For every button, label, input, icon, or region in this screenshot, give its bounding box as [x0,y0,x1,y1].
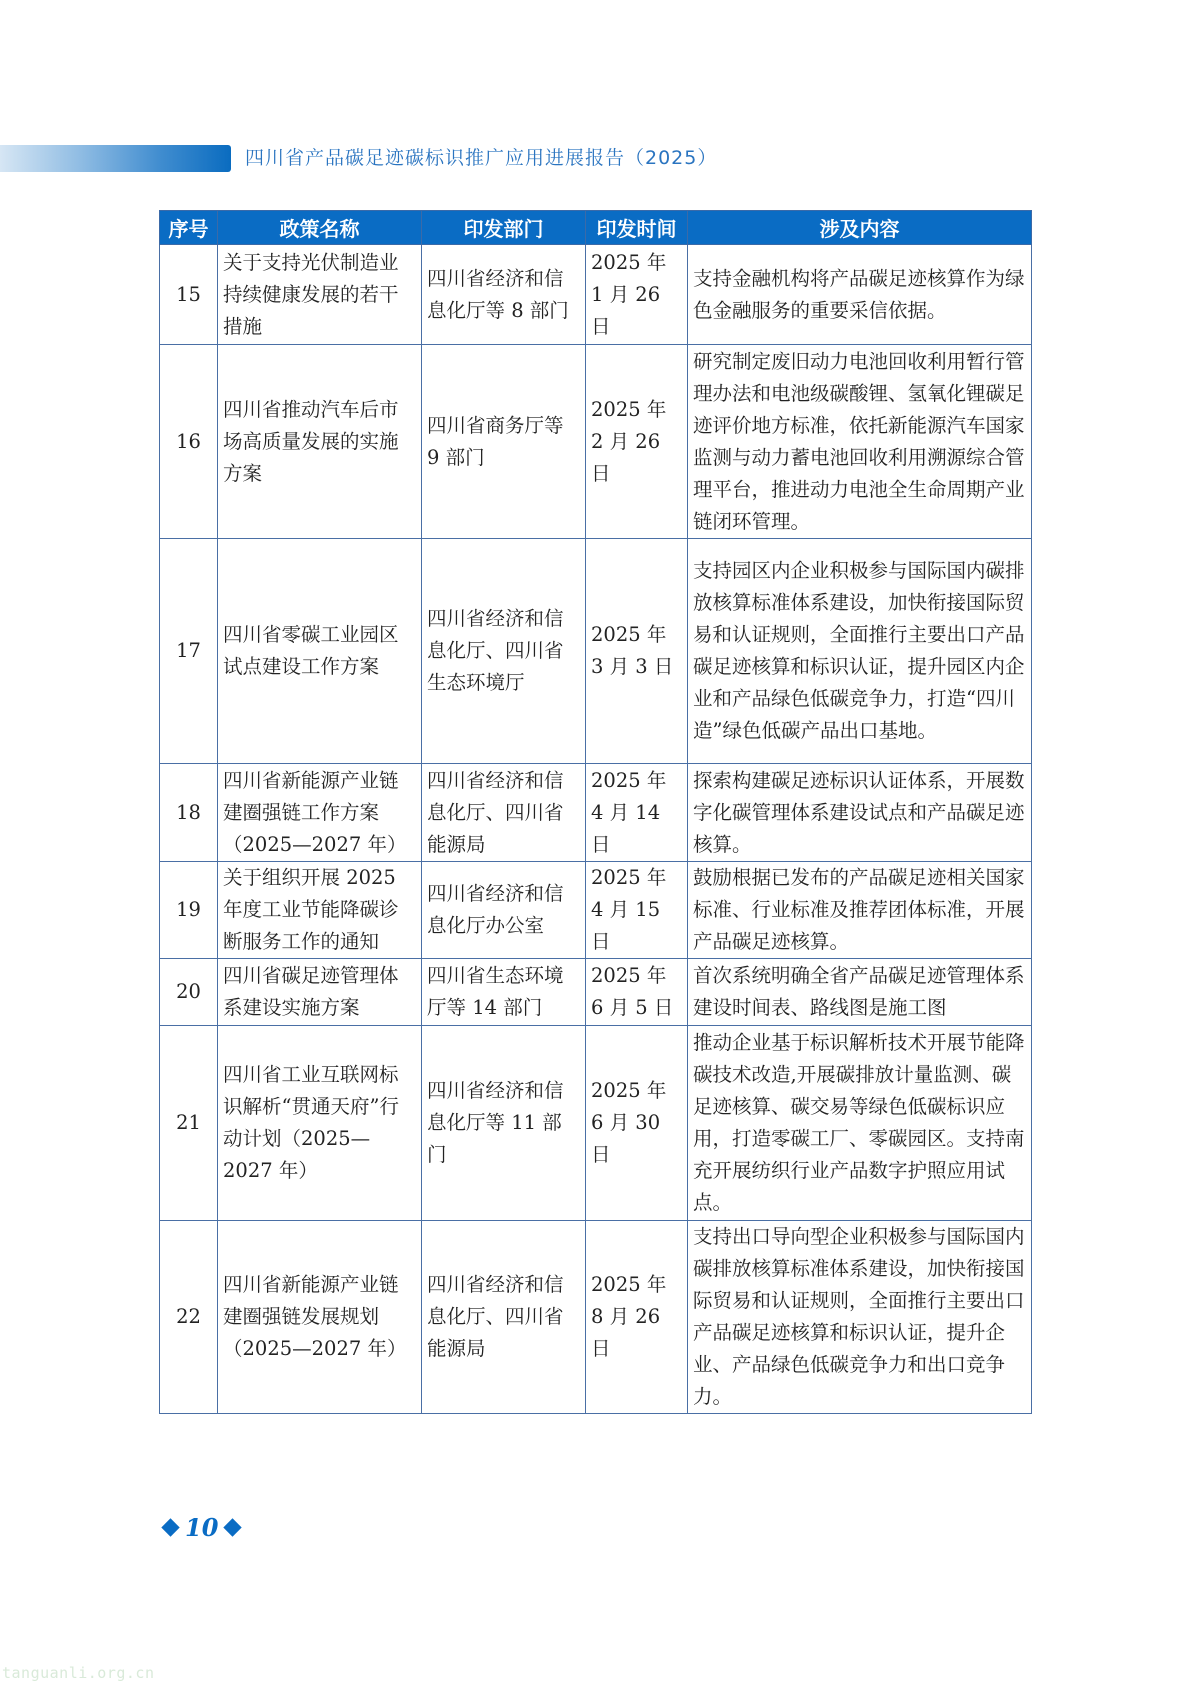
col-header-dept: 印发部门 [422,211,586,245]
cell-content: 首次系统明确全省产品碳足迹管理体系建设时间表、路线图是施工图 [688,959,1032,1026]
cell-date: 2025 年 8 月 26 日 [586,1221,688,1414]
cell-dept: 四川省经济和信息化厅、四川省生态环境厅 [422,539,586,764]
cell-date: 2025 年 6 月 30 日 [586,1026,688,1221]
cell-content: 支持出口导向型企业积极参与国际国内碳排放核算标准体系建设，加快衔接国际贸易和认证… [688,1221,1032,1414]
cell-no: 22 [160,1221,218,1414]
table-row: 22 四川省新能源产业链建圈强链发展规划（2025—2027 年） 四川省经济和… [160,1221,1032,1414]
col-header-name: 政策名称 [218,211,422,245]
cell-name: 四川省新能源产业链建圈强链工作方案（2025—2027 年） [218,764,422,862]
cell-content: 研究制定废旧动力电池回收利用暂行管理办法和电池级碳酸锂、氢氧化锂碳足迹评价地方标… [688,345,1032,539]
table-header-row: 序号 政策名称 印发部门 印发时间 涉及内容 [160,211,1032,245]
cell-dept: 四川省经济和信息化厅、四川省能源局 [422,1221,586,1414]
cell-name: 四川省新能源产业链建圈强链发展规划（2025—2027 年） [218,1221,422,1414]
cell-no: 21 [160,1026,218,1221]
cell-dept: 四川省经济和信息化厅等 8 部门 [422,245,586,345]
watermark: tanguanli.org.cn [2,1664,155,1682]
page-number: 10 [160,1512,243,1542]
cell-date: 2025 年 1 月 26 日 [586,245,688,345]
table-row: 20 四川省碳足迹管理体系建设实施方案 四川省生态环境厅等 14 部门 2025… [160,959,1032,1026]
cell-name: 四川省碳足迹管理体系建设实施方案 [218,959,422,1026]
cell-dept: 四川省生态环境厅等 14 部门 [422,959,586,1026]
cell-date: 2025 年 4 月 15 日 [586,862,688,959]
table-row: 19 关于组织开展 2025 年度工业节能降碳诊断服务工作的通知 四川省经济和信… [160,862,1032,959]
cell-date: 2025 年 4 月 14 日 [586,764,688,862]
cell-dept: 四川省商务厅等 9 部门 [422,345,586,539]
cell-content: 支持园区内企业积极参与国际国内碳排放核算标准体系建设，加快衔接国际贸易和认证规则… [688,539,1032,764]
table-row: 21 四川省工业互联网标识解析“贯通天府”行动计划（2025—2027 年） 四… [160,1026,1032,1221]
col-header-content: 涉及内容 [688,211,1032,245]
cell-content: 探索构建碳足迹标识认证体系，开展数字化碳管理体系建设试点和产品碳足迹核算。 [688,764,1032,862]
table-row: 18 四川省新能源产业链建圈强链工作方案（2025—2027 年） 四川省经济和… [160,764,1032,862]
diamond-left-icon [161,1518,179,1536]
table-row: 17 四川省零碳工业园区试点建设工作方案 四川省经济和信息化厅、四川省生态环境厅… [160,539,1032,764]
cell-content: 鼓励根据已发布的产品碳足迹相关国家标准、行业标准及推荐团体标准，开展产品碳足迹核… [688,862,1032,959]
cell-date: 2025 年 3 月 3 日 [586,539,688,764]
policy-table: 序号 政策名称 印发部门 印发时间 涉及内容 15 关于支持光伏制造业持续健康发… [159,210,1032,1414]
cell-name: 关于组织开展 2025 年度工业节能降碳诊断服务工作的通知 [218,862,422,959]
table-row: 16 四川省推动汽车后市场高质量发展的实施方案 四川省商务厅等 9 部门 202… [160,345,1032,539]
page-number-text: 10 [185,1513,218,1542]
cell-no: 18 [160,764,218,862]
cell-dept: 四川省经济和信息化厅办公室 [422,862,586,959]
cell-content: 推动企业基于标识解析技术开展节能降碳技术改造,开展碳排放计量监测、碳足迹核算、碳… [688,1026,1032,1221]
cell-name: 四川省推动汽车后市场高质量发展的实施方案 [218,345,422,539]
cell-name: 四川省工业互联网标识解析“贯通天府”行动计划（2025—2027 年） [218,1026,422,1221]
cell-name: 四川省零碳工业园区试点建设工作方案 [218,539,422,764]
cell-no: 15 [160,245,218,345]
cell-no: 17 [160,539,218,764]
cell-content: 支持金融机构将产品碳足迹核算作为绿色金融服务的重要采信依据。 [688,245,1032,345]
cell-dept: 四川省经济和信息化厅等 11 部门 [422,1026,586,1221]
cell-name: 关于支持光伏制造业持续健康发展的若干措施 [218,245,422,345]
cell-no: 20 [160,959,218,1026]
col-header-no: 序号 [160,211,218,245]
cell-no: 19 [160,862,218,959]
col-header-date: 印发时间 [586,211,688,245]
cell-no: 16 [160,345,218,539]
running-header-title: 四川省产品碳足迹碳标识推广应用进展报告（2025） [245,143,717,173]
cell-dept: 四川省经济和信息化厅、四川省能源局 [422,764,586,862]
diamond-right-icon [224,1518,242,1536]
header-gradient-bar [0,145,231,172]
cell-date: 2025 年 6 月 5 日 [586,959,688,1026]
table-row: 15 关于支持光伏制造业持续健康发展的若干措施 四川省经济和信息化厅等 8 部门… [160,245,1032,345]
cell-date: 2025 年 2 月 26 日 [586,345,688,539]
